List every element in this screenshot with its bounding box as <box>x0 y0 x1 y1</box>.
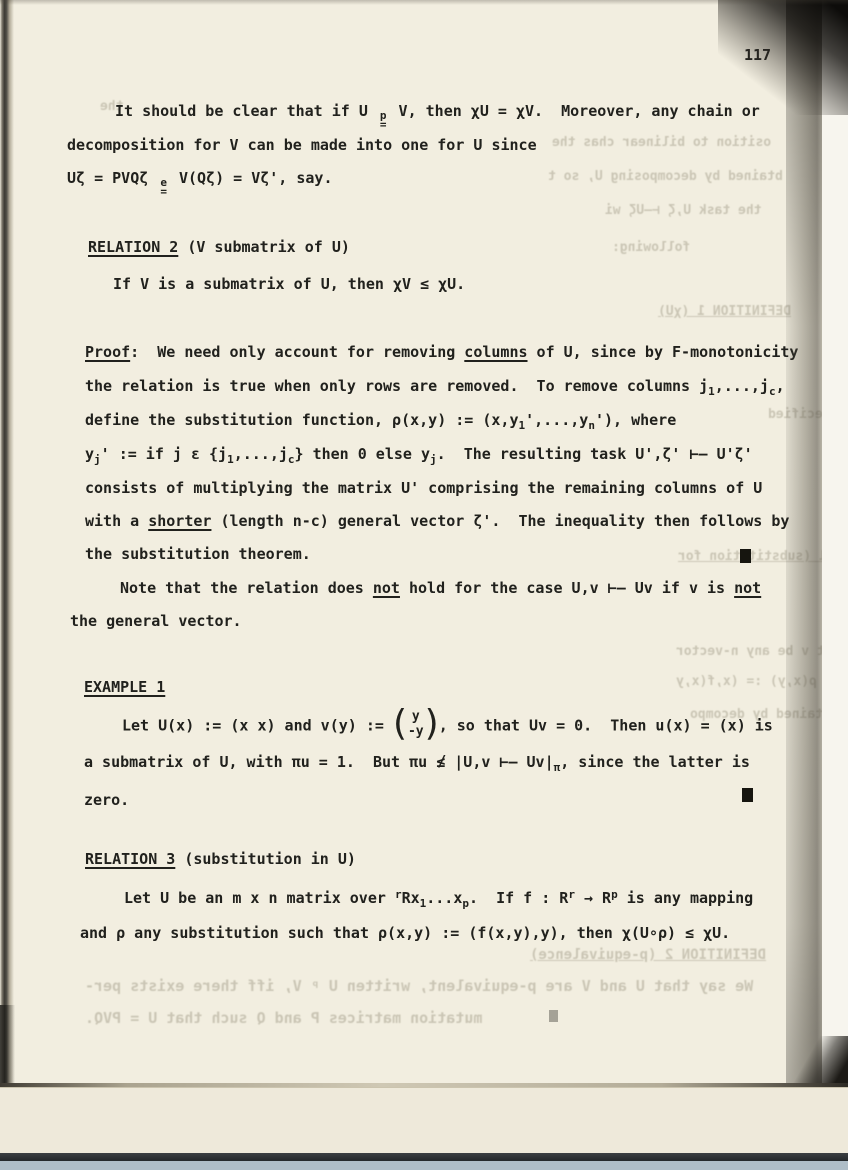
bleed-through-line: btained by decomposing U, so t <box>548 169 783 184</box>
top-right-corner-shadow <box>718 0 848 115</box>
paper-page: 117 theosition to bilinear chas thebtain… <box>0 0 848 1087</box>
top-edge-shadow <box>0 0 848 5</box>
doc-text-line: zero. <box>84 789 129 811</box>
doc-text-line: consists of multiplying the matrix U' co… <box>85 477 762 499</box>
doc-text-line: the relation is true when only rows are … <box>85 375 785 403</box>
scanner-bed-shadow <box>0 1153 848 1161</box>
proof-line: Proof: We need only account for removing… <box>85 341 798 363</box>
bleed-through-line: mutation matrices P and Q such that U = … <box>85 1009 482 1027</box>
relation-3-heading: RELATION 3 (substitution in U) <box>85 848 356 870</box>
example-1-heading: EXAMPLE 1 <box>84 676 165 698</box>
doc-text-line: Let U(x) := (x x) and v(y) := (y-y), so … <box>122 708 773 744</box>
qed-square <box>740 549 751 563</box>
doc-text-line: with a shorter (length n-c) general vect… <box>85 510 789 532</box>
doc-text-line: If V is a submatrix of U, then χV ≤ χU. <box>113 273 465 295</box>
bleed-through-line: osition to bilinear chas the <box>552 135 771 150</box>
qed-square <box>742 788 753 802</box>
bleed-through-line: DEFINITION 2 (p-equivalence) <box>530 947 766 963</box>
bleed-through-qed-square <box>549 1010 558 1022</box>
left-binding-edge <box>0 0 14 1087</box>
doc-text-line: Uζ = PVQζ e= V(Qζ) = Vζ', say. <box>67 167 333 195</box>
doc-text-line: It should be clear that if U p= V, then … <box>115 100 760 128</box>
doc-text-line: the substitution theorem. <box>85 543 311 565</box>
doc-text-line: decomposition for V can be made into one… <box>67 134 537 156</box>
doc-text-line: the general vector. <box>70 610 242 632</box>
bleed-through-line: the task U,ζ ⊢—Uζ wi <box>605 203 762 218</box>
bleed-through-line: We say that U and V are p-equivalent, wr… <box>85 977 753 995</box>
scanned-page: 117 theosition to bilinear chas thebtain… <box>0 0 848 1170</box>
column-vector: (y-y) <box>393 706 439 742</box>
underlying-sheet <box>0 1087 848 1153</box>
bleed-through-line: following: <box>612 240 690 255</box>
right-edge-shadow <box>786 0 824 1087</box>
doc-text-line: and ρ any substitution such that ρ(x,y) … <box>80 922 730 944</box>
doc-text-line: Note that the relation does not hold for… <box>120 577 761 599</box>
bottom-left-corner-shadow <box>0 1005 18 1087</box>
doc-text-line: a submatrix of U, with πu = 1. But πu ≤/… <box>84 751 750 779</box>
bottom-right-corner-shadow <box>793 1036 848 1087</box>
scanner-margin-right <box>822 0 848 1087</box>
bleed-through-line: DEFINITION 1 (χU) <box>658 304 791 319</box>
scanner-bed-strip <box>0 1161 848 1170</box>
doc-text-line: yj' := if j ε {j1,...,jc} then 0 else yj… <box>85 443 753 471</box>
relation-2-heading: RELATION 2 (V submatrix of U) <box>88 236 350 258</box>
doc-text-line: define the substitution function, ρ(x,y)… <box>85 409 676 437</box>
doc-text-line: Let U be an m x n matrix over rRx1...xp.… <box>124 884 753 915</box>
